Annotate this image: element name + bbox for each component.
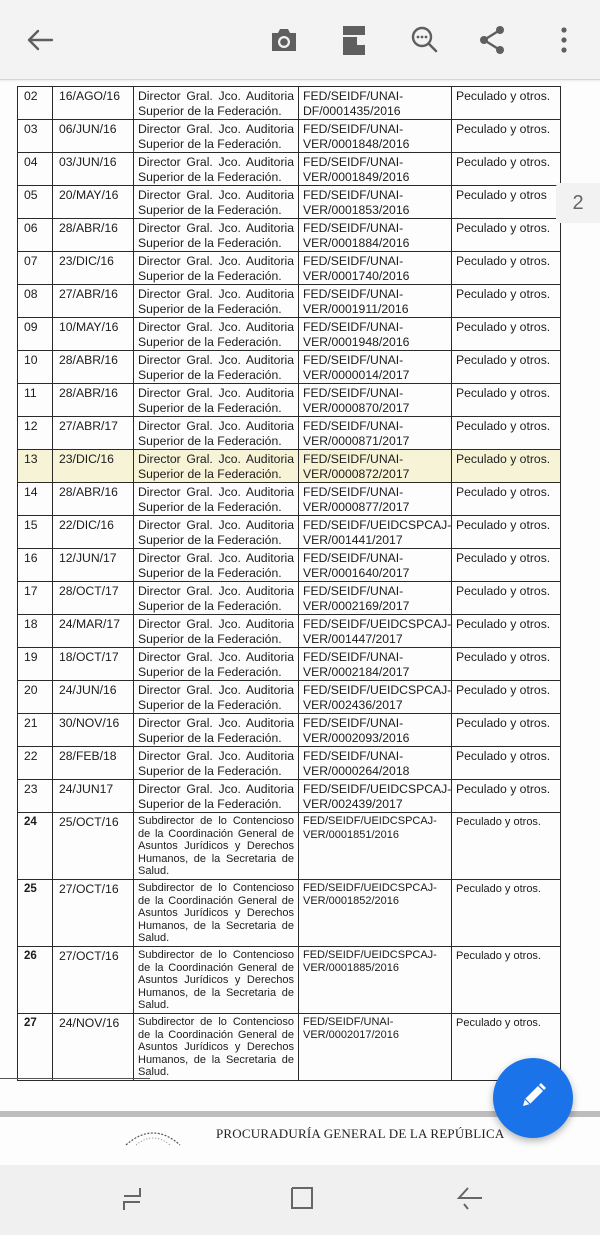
- more-options-button[interactable]: [546, 22, 582, 58]
- document-button[interactable]: [336, 22, 372, 58]
- row-number: 15: [18, 516, 53, 549]
- table-row: 0723/DIC/16Director Gral. Jco. Auditoria…: [18, 252, 561, 285]
- document-page: 0216/AGO/16Director Gral. Jco. Auditoria…: [0, 80, 600, 1110]
- row-file-number: FED/SEIDF/UNAI-VER/0001740/2016: [299, 252, 452, 285]
- table-row: 1612/JUN/17Director Gral. Jco. Auditoria…: [18, 549, 561, 582]
- row-date: 10/MAY/16: [53, 318, 134, 351]
- more-vert-icon: [559, 26, 569, 54]
- row-authority: Director Gral. Jco. Auditoria Superior d…: [134, 384, 299, 417]
- row-file-number: FED/SEIDF/UNAI-VER/0001849/2016: [299, 153, 452, 186]
- table-row: 1728/OCT/17Director Gral. Jco. Auditoria…: [18, 582, 561, 615]
- table-row: 0216/AGO/16Director Gral. Jco. Auditoria…: [18, 87, 561, 120]
- table-row: 2024/JUN/16Director Gral. Jco. Auditoria…: [18, 681, 561, 714]
- row-file-number: FED/SEIDF/UEIDCSPCAJ-VER/001447/2017: [299, 615, 452, 648]
- row-crime: Peculado y otros.: [452, 946, 561, 1013]
- row-date: 23/DIC/16: [53, 450, 134, 483]
- row-file-number: FED/SEIDF/UNAI-VER/0000877/2017: [299, 483, 452, 516]
- row-file-number: FED/SEIDF/UEIDCSPCAJ-VER/001441/2017: [299, 516, 452, 549]
- row-authority: Director Gral. Jco. Auditoria Superior d…: [134, 549, 299, 582]
- table-row: 2425/OCT/16Subdirector de lo Contencioso…: [18, 813, 561, 880]
- row-crime: Peculado y otros.: [452, 285, 561, 318]
- next-page-header-title: PROCURADURÍA GENERAL DE LA REPÚBLICA: [216, 1126, 504, 1142]
- row-authority: Director Gral. Jco. Auditoria Superior d…: [134, 285, 299, 318]
- row-crime: Peculado y otros.: [452, 582, 561, 615]
- row-date: 27/OCT/16: [53, 946, 134, 1013]
- row-date: 27/OCT/16: [53, 879, 134, 946]
- row-file-number: FED/SEIDF/UNAI-VER/0000871/2017: [299, 417, 452, 450]
- table-row: 0910/MAY/16Director Gral. Jco. Auditoria…: [18, 318, 561, 351]
- row-crime: Peculado y otros.: [452, 417, 561, 450]
- row-authority: Director Gral. Jco. Auditoria Superior d…: [134, 516, 299, 549]
- table-row: 1028/ABR/16Director Gral. Jco. Auditoria…: [18, 351, 561, 384]
- arrow-left-icon: [25, 28, 55, 52]
- row-file-number: FED/SEIDF/UNAI-VER/0001853/2016: [299, 186, 452, 219]
- table-row: 1428/ABR/16Director Gral. Jco. Auditoria…: [18, 483, 561, 516]
- row-file-number: FED/SEIDF/UNAI-VER/0002169/2017: [299, 582, 452, 615]
- row-date: 28/ABR/16: [53, 384, 134, 417]
- row-crime: Peculado y otros.: [452, 714, 561, 747]
- search-more-icon: [409, 25, 439, 55]
- row-authority: Subdirector de lo Contencioso de la Coor…: [134, 813, 299, 880]
- row-crime: Peculado y otros.: [452, 483, 561, 516]
- recents-icon: [118, 1184, 146, 1217]
- back-icon: [456, 1184, 484, 1217]
- row-number: 10: [18, 351, 53, 384]
- find-button[interactable]: [406, 22, 442, 58]
- row-date: 23/DIC/16: [53, 252, 134, 285]
- row-authority: Subdirector de lo Contencioso de la Coor…: [134, 946, 299, 1013]
- row-crime: Peculado y otros: [452, 186, 561, 219]
- row-file-number: FED/SEIDF/UNAI-VER/0001911/2016: [299, 285, 452, 318]
- camera-icon: [269, 27, 299, 53]
- row-authority: Director Gral. Jco. Auditoria Superior d…: [134, 648, 299, 681]
- page-divider-line: [0, 1078, 150, 1079]
- row-number: 26: [18, 946, 53, 1013]
- table-row: 0306/JUN/16Director Gral. Jco. Auditoria…: [18, 120, 561, 153]
- row-number: 14: [18, 483, 53, 516]
- table-row: 1323/DIC/16Director Gral. Jco. Auditoria…: [18, 450, 561, 483]
- row-authority: Subdirector de lo Contencioso de la Coor…: [134, 1013, 299, 1080]
- row-crime: Peculado y otros.: [452, 681, 561, 714]
- row-date: 20/MAY/16: [53, 186, 134, 219]
- row-authority: Subdirector de lo Contencioso de la Coor…: [134, 879, 299, 946]
- row-number: 05: [18, 186, 53, 219]
- row-file-number: FED/SEIDF/UNAI-VER/0001640/2017: [299, 549, 452, 582]
- row-file-number: FED/SEIDF/UNAI-VER/0001848/2016: [299, 120, 452, 153]
- row-authority: Director Gral. Jco. Auditoria Superior d…: [134, 120, 299, 153]
- row-number: 02: [18, 87, 53, 120]
- row-file-number: FED/SEIDF/UNAI-VER/0000014/2017: [299, 351, 452, 384]
- row-authority: Director Gral. Jco. Auditoria Superior d…: [134, 186, 299, 219]
- row-number: 16: [18, 549, 53, 582]
- row-date: 30/NOV/16: [53, 714, 134, 747]
- table-row: 2527/OCT/16Subdirector de lo Contencioso…: [18, 879, 561, 946]
- row-crime: Peculado y otros.: [452, 549, 561, 582]
- row-file-number: FED/SEIDF/UEIDCSPCAJ-VER/002436/2017: [299, 681, 452, 714]
- row-file-number: FED/SEIDF/UEIDCSPCAJ-VER/0001852/2016: [299, 879, 452, 946]
- row-number: 24: [18, 813, 53, 880]
- row-number: 08: [18, 285, 53, 318]
- row-crime: Peculado y otros.: [452, 780, 561, 813]
- row-file-number: FED/SEIDF/UEIDCSPCAJ-VER/002439/2017: [299, 780, 452, 813]
- row-number: 07: [18, 252, 53, 285]
- row-date: 24/JUN17: [53, 780, 134, 813]
- row-authority: Director Gral. Jco. Auditoria Superior d…: [134, 582, 299, 615]
- share-button[interactable]: [474, 22, 510, 58]
- row-number: 20: [18, 681, 53, 714]
- row-number: 03: [18, 120, 53, 153]
- table-row: 1522/DIC/16Director Gral. Jco. Auditoria…: [18, 516, 561, 549]
- row-number: 22: [18, 747, 53, 780]
- row-file-number: FED/SEIDF/UNAI-VER/0001948/2016: [299, 318, 452, 351]
- row-crime: Peculado y otros.: [452, 879, 561, 946]
- recents-button[interactable]: [112, 1183, 152, 1217]
- home-icon: [288, 1184, 316, 1217]
- row-number: 21: [18, 714, 53, 747]
- row-date: 18/OCT/17: [53, 648, 134, 681]
- row-file-number: FED/SEIDF/UNAI-VER/0001884/2016: [299, 219, 452, 252]
- row-number: 23: [18, 780, 53, 813]
- row-date: 28/ABR/16: [53, 351, 134, 384]
- row-crime: Peculado y otros.: [452, 813, 561, 880]
- document-icon: [341, 24, 367, 56]
- row-number: 25: [18, 879, 53, 946]
- row-authority: Director Gral. Jco. Auditoria Superior d…: [134, 780, 299, 813]
- row-date: 24/MAR/17: [53, 615, 134, 648]
- seal-icon: [122, 1127, 184, 1147]
- row-crime: Peculado y otros.: [452, 120, 561, 153]
- row-file-number: FED/SEIDF/UNAI-VER/0000870/2017: [299, 384, 452, 417]
- row-date: 24/JUN/16: [53, 681, 134, 714]
- row-crime: Peculado y otros.: [452, 153, 561, 186]
- row-crime: Peculado y otros.: [452, 318, 561, 351]
- table-row: 2130/NOV/16Director Gral. Jco. Auditoria…: [18, 714, 561, 747]
- row-crime: Peculado y otros.: [452, 648, 561, 681]
- row-number: 04: [18, 153, 53, 186]
- row-number: 17: [18, 582, 53, 615]
- row-authority: Director Gral. Jco. Auditoria Superior d…: [134, 153, 299, 186]
- table-row: 1824/MAR/17Director Gral. Jco. Auditoria…: [18, 615, 561, 648]
- table-row: 1918/OCT/17Director Gral. Jco. Auditoria…: [18, 648, 561, 681]
- row-number: 13: [18, 450, 53, 483]
- row-file-number: FED/SEIDF/UNAI-VER/0002017/2016: [299, 1013, 452, 1080]
- row-authority: Director Gral. Jco. Auditoria Superior d…: [134, 87, 299, 120]
- row-authority: Director Gral. Jco. Auditoria Superior d…: [134, 417, 299, 450]
- cases-table: 0216/AGO/16Director Gral. Jco. Auditoria…: [17, 86, 561, 1081]
- row-authority: Director Gral. Jco. Auditoria Superior d…: [134, 318, 299, 351]
- row-number: 09: [18, 318, 53, 351]
- row-file-number: FED/SEIDF/UNAI-VER/0002184/2017: [299, 648, 452, 681]
- row-number: 06: [18, 219, 53, 252]
- edit-fab-button[interactable]: [493, 1058, 573, 1138]
- row-number: 18: [18, 615, 53, 648]
- row-number: 11: [18, 384, 53, 417]
- row-date: 28/ABR/16: [53, 483, 134, 516]
- top-app-bar: [0, 0, 600, 80]
- row-authority: Director Gral. Jco. Auditoria Superior d…: [134, 483, 299, 516]
- row-date: 12/JUN/17: [53, 549, 134, 582]
- row-date: 27/ABR/17: [53, 417, 134, 450]
- row-authority: Director Gral. Jco. Auditoria Superior d…: [134, 615, 299, 648]
- row-crime: Peculado y otros.: [452, 615, 561, 648]
- row-authority: Director Gral. Jco. Auditoria Superior d…: [134, 219, 299, 252]
- row-date: 03/JUN/16: [53, 153, 134, 186]
- row-crime: Peculado y otros.: [452, 384, 561, 417]
- row-file-number: FED/SEIDF/UNAI-VER/0000264/2018: [299, 747, 452, 780]
- row-date: 22/DIC/16: [53, 516, 134, 549]
- row-file-number: FED/SEIDF/UNAI-VER/0002093/2016: [299, 714, 452, 747]
- row-authority: Director Gral. Jco. Auditoria Superior d…: [134, 681, 299, 714]
- row-date: 06/JUN/16: [53, 120, 134, 153]
- row-number: 27: [18, 1013, 53, 1080]
- table-row: 0827/ABR/16Director Gral. Jco. Auditoria…: [18, 285, 561, 318]
- table-row: 1128/ABR/16Director Gral. Jco. Auditoria…: [18, 384, 561, 417]
- table-row: 2627/OCT/16Subdirector de lo Contencioso…: [18, 946, 561, 1013]
- row-crime: Peculado y otros.: [452, 747, 561, 780]
- table-row: 0520/MAY/16Director Gral. Jco. Auditoria…: [18, 186, 561, 219]
- table-row: 2228/FEB/18Director Gral. Jco. Auditoria…: [18, 747, 561, 780]
- row-date: 16/AGO/16: [53, 87, 134, 120]
- row-number: 19: [18, 648, 53, 681]
- row-crime: Peculado y otros.: [452, 87, 561, 120]
- row-authority: Director Gral. Jco. Auditoria Superior d…: [134, 450, 299, 483]
- row-crime: Peculado y otros.: [452, 450, 561, 483]
- row-authority: Director Gral. Jco. Auditoria Superior d…: [134, 714, 299, 747]
- table-row: 1227/ABR/17Director Gral. Jco. Auditoria…: [18, 417, 561, 450]
- row-date: 25/OCT/16: [53, 813, 134, 880]
- row-authority: Director Gral. Jco. Auditoria Superior d…: [134, 747, 299, 780]
- row-crime: Peculado y otros.: [452, 516, 561, 549]
- document-viewer-app: 0216/AGO/16Director Gral. Jco. Auditoria…: [0, 0, 600, 1235]
- system-navigation-bar: [0, 1165, 600, 1235]
- page-number-indicator: 2: [556, 183, 600, 223]
- table-row: 2324/JUN17Director Gral. Jco. Auditoria …: [18, 780, 561, 813]
- row-authority: Director Gral. Jco. Auditoria Superior d…: [134, 351, 299, 384]
- row-file-number: FED/SEIDF/UNAI-DF/0001435/2016: [299, 87, 452, 120]
- table-row: 0628/ABR/16Director Gral. Jco. Auditoria…: [18, 219, 561, 252]
- row-crime: Peculado y otros.: [452, 252, 561, 285]
- share-icon: [478, 25, 506, 55]
- row-date: 27/ABR/16: [53, 285, 134, 318]
- back-button[interactable]: [22, 22, 58, 58]
- table-row: 0403/JUN/16Director Gral. Jco. Auditoria…: [18, 153, 561, 186]
- home-button[interactable]: [282, 1183, 322, 1217]
- row-file-number: FED/SEIDF/UEIDCSPCAJ-VER/0001885/2016: [299, 946, 452, 1013]
- row-date: 24/NOV/16: [53, 1013, 134, 1080]
- document-canvas[interactable]: 0216/AGO/16Director Gral. Jco. Auditoria…: [0, 80, 600, 1165]
- system-back-button[interactable]: [450, 1183, 490, 1217]
- row-crime: Peculado y otros.: [452, 219, 561, 252]
- row-number: 12: [18, 417, 53, 450]
- pencil-icon: [517, 1080, 549, 1117]
- row-date: 28/OCT/17: [53, 582, 134, 615]
- table-row: 2724/NOV/16Subdirector de lo Contencioso…: [18, 1013, 561, 1080]
- row-file-number: FED/SEIDF/UEIDCSPCAJ-VER/0001851/2016: [299, 813, 452, 880]
- row-crime: Peculado y otros.: [452, 351, 561, 384]
- row-date: 28/ABR/16: [53, 219, 134, 252]
- screenshot-button[interactable]: [266, 22, 302, 58]
- row-file-number: FED/SEIDF/UNAI-VER/0000872/2017: [299, 450, 452, 483]
- row-authority: Director Gral. Jco. Auditoria Superior d…: [134, 252, 299, 285]
- row-date: 28/FEB/18: [53, 747, 134, 780]
